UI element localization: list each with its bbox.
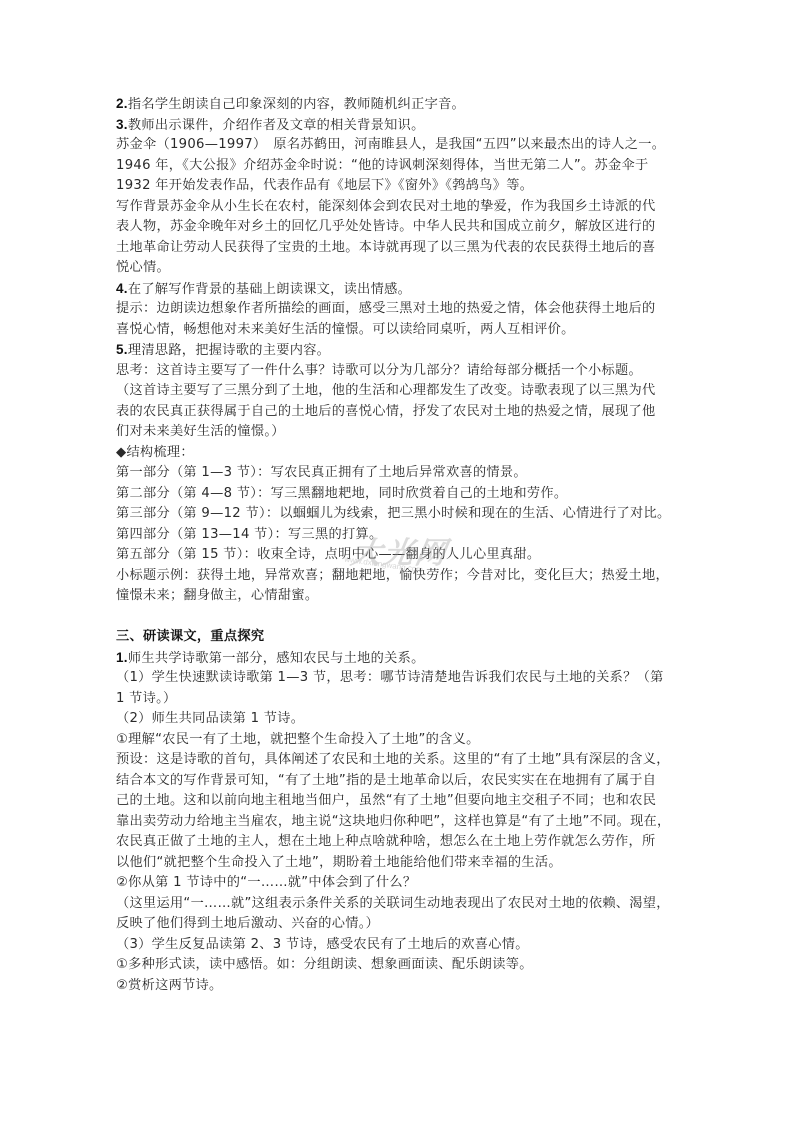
text-line: 表的农民真正获得属于自己的土地后的喜悦心情，抒发了农民对土地的热爱之情，展现了他 (116, 402, 688, 423)
section-gap (116, 607, 688, 628)
text-line: 第五部分（第 15 节）：收束全诗，点明中心——翻身的人儿心里真甜。 (116, 545, 688, 566)
item-number: 2. (116, 96, 128, 111)
line-text: 结合本文的写作背景可知，“有了土地”指的是土地革命以后，农民实实在在地拥有了属于… (116, 773, 656, 788)
text-line: 憧憬未来；翻身做主，心情甜蜜。 (116, 586, 688, 607)
study-section-block: 1.师生共学诗歌第一部分，感知农民与土地的关系。（1）学生快速默读诗歌第 1—3… (116, 648, 688, 997)
line-text: 预设：这是诗歌的首句，具体阐述了农民和土地的关系。这里的“有了土地”具有深层的含… (116, 752, 670, 767)
text-line: 农民真正做了土地的主人，想在土地上种点啥就种啥，想怎么在土地上劳作就怎么劳作，所 (116, 832, 688, 853)
line-text: 们对未来美好生活的憧憬。） (116, 424, 285, 439)
text-line: 苏金伞（1906—1997） 原名苏鹤田，河南睢县人，是我国“五四”以来最杰出的… (116, 135, 688, 156)
line-text: 苏金伞（1906—1997） 原名苏鹤田，河南睢县人，是我国“五四”以来最杰出的… (116, 137, 665, 152)
line-text: （3）学生反复品读第 2、3 节诗，感受农民有了土地后的欢喜心情。 (116, 937, 529, 952)
line-text: 第四部分（第 13—14 节）：写三黑的打算。 (116, 527, 382, 542)
line-text: 喜悦心情，畅想他对未来美好生活的憧憬。可以读给同桌听，两人互相评价。 (116, 322, 575, 337)
text-line: 1 节诗。） (116, 689, 688, 710)
document-page: 2.指名学生朗读自己印象深刻的内容，教师随机纠正字音。3.教师出示课件，介绍作者… (116, 94, 688, 996)
item-number: 3. (116, 117, 128, 132)
line-text: 第五部分（第 15 节）：收束全诗，点明中心——翻身的人儿心里真甜。 (116, 547, 540, 562)
line-text: （2）师生共同品读第 1 节诗。 (116, 711, 304, 726)
line-text: ①理解“农民一有了土地，就把整个生命投入了土地”的含义。 (116, 732, 480, 747)
text-line: （这里运用“一……就”这组表示条件关系的关联词生动地表现出了农民对土地的依赖、渴… (116, 894, 688, 915)
line-text: 思考：这首诗主要写了一件什么事？诗歌可以分为几部分？请给每部分概括一个小标题。 (116, 363, 642, 378)
line-text: 指名学生朗读自己印象深刻的内容，教师随机纠正字音。 (128, 97, 465, 112)
item-number: 4. (116, 281, 128, 296)
text-line: 土地革命让劳动人民获得了宝贵的土地。本诗就再现了以三黑为代表的农民获得土地后的喜 (116, 238, 688, 259)
line-text: （这首诗主要写了三黑分到了土地，他的生活和心理都发生了改变。诗歌表现了以三黑为代 (116, 383, 656, 398)
line-text: 第二部分（第 4—8 节）：写三黑翻地耙地，同时欣赏着自己的土地和劳作。 (116, 486, 567, 501)
text-line: 第四部分（第 13—14 节）：写三黑的打算。 (116, 525, 688, 546)
line-text: ②你从第 1 节诗中的“一……就”中体会到了什么？ (116, 875, 416, 890)
text-line: 预设：这是诗歌的首句，具体阐述了农民和土地的关系。这里的“有了土地”具有深层的含… (116, 750, 688, 771)
text-line: ②你从第 1 节诗中的“一……就”中体会到了什么？ (116, 873, 688, 894)
line-text: 在了解写作背景的基础上朗读课文，读出情感。 (128, 282, 411, 297)
text-line: （1）学生快速默读诗歌第 1—3 节，思考：哪节诗清楚地告诉我们农民与土地的关系… (116, 668, 688, 689)
text-line: ①多种形式读，读中感悟。如：分组朗读、想象画面读、配乐朗读等。 (116, 955, 688, 976)
line-text: 以他们“就把整个生命投入了土地”，期盼着土地能给他们带来幸福的生活。 (116, 855, 562, 870)
line-text: （1）学生快速默读诗歌第 1—3 节，思考：哪节诗清楚地告诉我们农民与土地的关系… (116, 670, 664, 685)
line-text: 表人物，苏金伞晚年对乡土的回忆几乎处处皆诗。中华人民共和国成立前夕，解放区进行的 (116, 219, 656, 234)
line-text: 农民真正做了土地的主人，想在土地上种点啥就种啥，想怎么在土地上劳作就怎么劳作，所 (116, 834, 656, 849)
section-heading: 三、研读课文，重点探究 (116, 627, 688, 648)
line-text: 表的农民真正获得属于自己的土地后的喜悦心情，抒发了农民对土地的热爱之情，展现了他 (116, 404, 656, 419)
text-line: 反映了他们得到土地后激动、兴奋的心情。） (116, 914, 688, 935)
line-text: 悦心情。 (116, 260, 170, 275)
line-text: 师生共学诗歌第一部分，感知农民与土地的关系。 (128, 651, 425, 666)
line-text: 第三部分（第 9—12 节）：以蝈蝈儿为线索，把三黑小时候和现在的生活、心情进行… (116, 506, 670, 521)
item-number: 1. (116, 650, 128, 665)
line-text: 小标题示例：获得土地，异常欢喜；翻地耙地，愉快劳作；今昔对比，变化巨大；热爱土地… (116, 568, 669, 583)
line-text: （这里运用“一……就”这组表示条件关系的关联词生动地表现出了农民对土地的依赖、渴… (116, 896, 670, 911)
text-line: 思考：这首诗主要写了一件什么事？诗歌可以分为几部分？请给每部分概括一个小标题。 (116, 361, 688, 382)
text-line: 以他们“就把整个生命投入了土地”，期盼着土地能给他们带来幸福的生活。 (116, 853, 688, 874)
text-line: ②赏析这两节诗。 (116, 976, 688, 997)
line-text: 反映了他们得到土地后激动、兴奋的心情。） (116, 916, 379, 931)
text-line: 3.教师出示课件，介绍作者及文章的相关背景知识。 (116, 115, 688, 136)
text-line: 4.在了解写作背景的基础上朗读课文，读出情感。 (116, 279, 688, 300)
line-text: 写作背景苏金伞从小生长在农村，能深刻体会到农民对土地的挚爱，作为我国乡土诗派的代 (116, 199, 656, 214)
line-text: 提示：边朗读边想象作者所描绘的画面，感受三黑对土地的热爱之情，体会他获得土地后的 (116, 301, 656, 316)
text-line: （3）学生反复品读第 2、3 节诗，感受农民有了土地后的欢喜心情。 (116, 935, 688, 956)
text-line: 第二部分（第 4—8 节）：写三黑翻地耙地，同时欣赏着自己的土地和劳作。 (116, 484, 688, 505)
text-line: 第三部分（第 9—12 节）：以蝈蝈儿为线索，把三黑小时候和现在的生活、心情进行… (116, 504, 688, 525)
text-line: 靠出卖劳动力给地主当雇农，地主说“这块地归你种吧”，这样也算是“有了土地”不同。… (116, 812, 688, 833)
text-line: ①理解“农民一有了土地，就把整个生命投入了土地”的含义。 (116, 730, 688, 751)
text-line: 悦心情。 (116, 258, 688, 279)
line-text: 己的土地。这和以前向地主租地当佃户，虽然“有了土地”但要向地主交租子不同；也和农… (116, 793, 656, 808)
text-line: （2）师生共同品读第 1 节诗。 (116, 709, 688, 730)
item-number: 5. (116, 342, 128, 357)
line-text: 憧憬未来；翻身做主，心情甜蜜。 (116, 588, 318, 603)
line-text: 第一部分（第 1—3 节）：写农民真正拥有了土地后异常欢喜的情景。 (116, 465, 527, 480)
line-text: 教师出示课件，介绍作者及文章的相关背景知识。 (128, 118, 425, 133)
line-text: 理清思路，把握诗歌的主要内容。 (128, 343, 330, 358)
line-text: 1 节诗。） (116, 691, 177, 706)
text-line: 写作背景苏金伞从小生长在农村，能深刻体会到农民对土地的挚爱，作为我国乡土诗派的代 (116, 197, 688, 218)
lesson-steps-block: 2.指名学生朗读自己印象深刻的内容，教师随机纠正字音。3.教师出示课件，介绍作者… (116, 94, 688, 607)
text-line: 1946 年，《大公报》介绍苏金伞时说：“他的诗讽刺深刻得体，当世无第二人”。苏… (116, 156, 688, 177)
text-line: 1932 年开始发表作品，代表作品有《地层下》《窗外》《鹁鸪鸟》等。 (116, 176, 688, 197)
text-line: （这首诗主要写了三黑分到了土地，他的生活和心理都发生了改变。诗歌表现了以三黑为代 (116, 381, 688, 402)
line-text: ◆结构梳理： (116, 445, 194, 460)
text-line: 5.理清思路，把握诗歌的主要内容。 (116, 340, 688, 361)
text-line: 己的土地。这和以前向地主租地当佃户，虽然“有了土地”但要向地主交租子不同；也和农… (116, 791, 688, 812)
text-line: 提示：边朗读边想象作者所描绘的画面，感受三黑对土地的热爱之情，体会他获得土地后的 (116, 299, 688, 320)
line-text: ②赏析这两节诗。 (116, 978, 223, 993)
line-text: 靠出卖劳动力给地主当雇农，地主说“这块地归你种吧”，这样也算是“有了土地”不同。… (116, 814, 671, 829)
line-text: 1946 年，《大公报》介绍苏金伞时说：“他的诗讽刺深刻得体，当世无第二人”。苏… (116, 158, 648, 173)
text-line: 小标题示例：获得土地，异常欢喜；翻地耙地，愉快劳作；今昔对比，变化巨大；热爱土地… (116, 566, 688, 587)
text-line: 1.师生共学诗歌第一部分，感知农民与土地的关系。 (116, 648, 688, 669)
line-text: 1932 年开始发表作品，代表作品有《地层下》《窗外》《鹁鸪鸟》等。 (116, 178, 533, 193)
line-text: 土地革命让劳动人民获得了宝贵的土地。本诗就再现了以三黑为代表的农民获得土地后的喜 (116, 240, 656, 255)
text-line: 表人物，苏金伞晚年对乡土的回忆几乎处处皆诗。中华人民共和国成立前夕，解放区进行的 (116, 217, 688, 238)
line-text: ①多种形式读，读中感悟。如：分组朗读、想象画面读、配乐朗读等。 (116, 957, 533, 972)
text-line: 们对未来美好生活的憧憬。） (116, 422, 688, 443)
text-line: 第一部分（第 1—3 节）：写农民真正拥有了土地后异常欢喜的情景。 (116, 463, 688, 484)
text-line: ◆结构梳理： (116, 443, 688, 464)
text-line: 结合本文的写作背景可知，“有了土地”指的是土地革命以后，农民实实在在地拥有了属于… (116, 771, 688, 792)
text-line: 喜悦心情，畅想他对未来美好生活的憧憬。可以读给同桌听，两人互相评价。 (116, 320, 688, 341)
text-line: 2.指名学生朗读自己印象深刻的内容，教师随机纠正字音。 (116, 94, 688, 115)
